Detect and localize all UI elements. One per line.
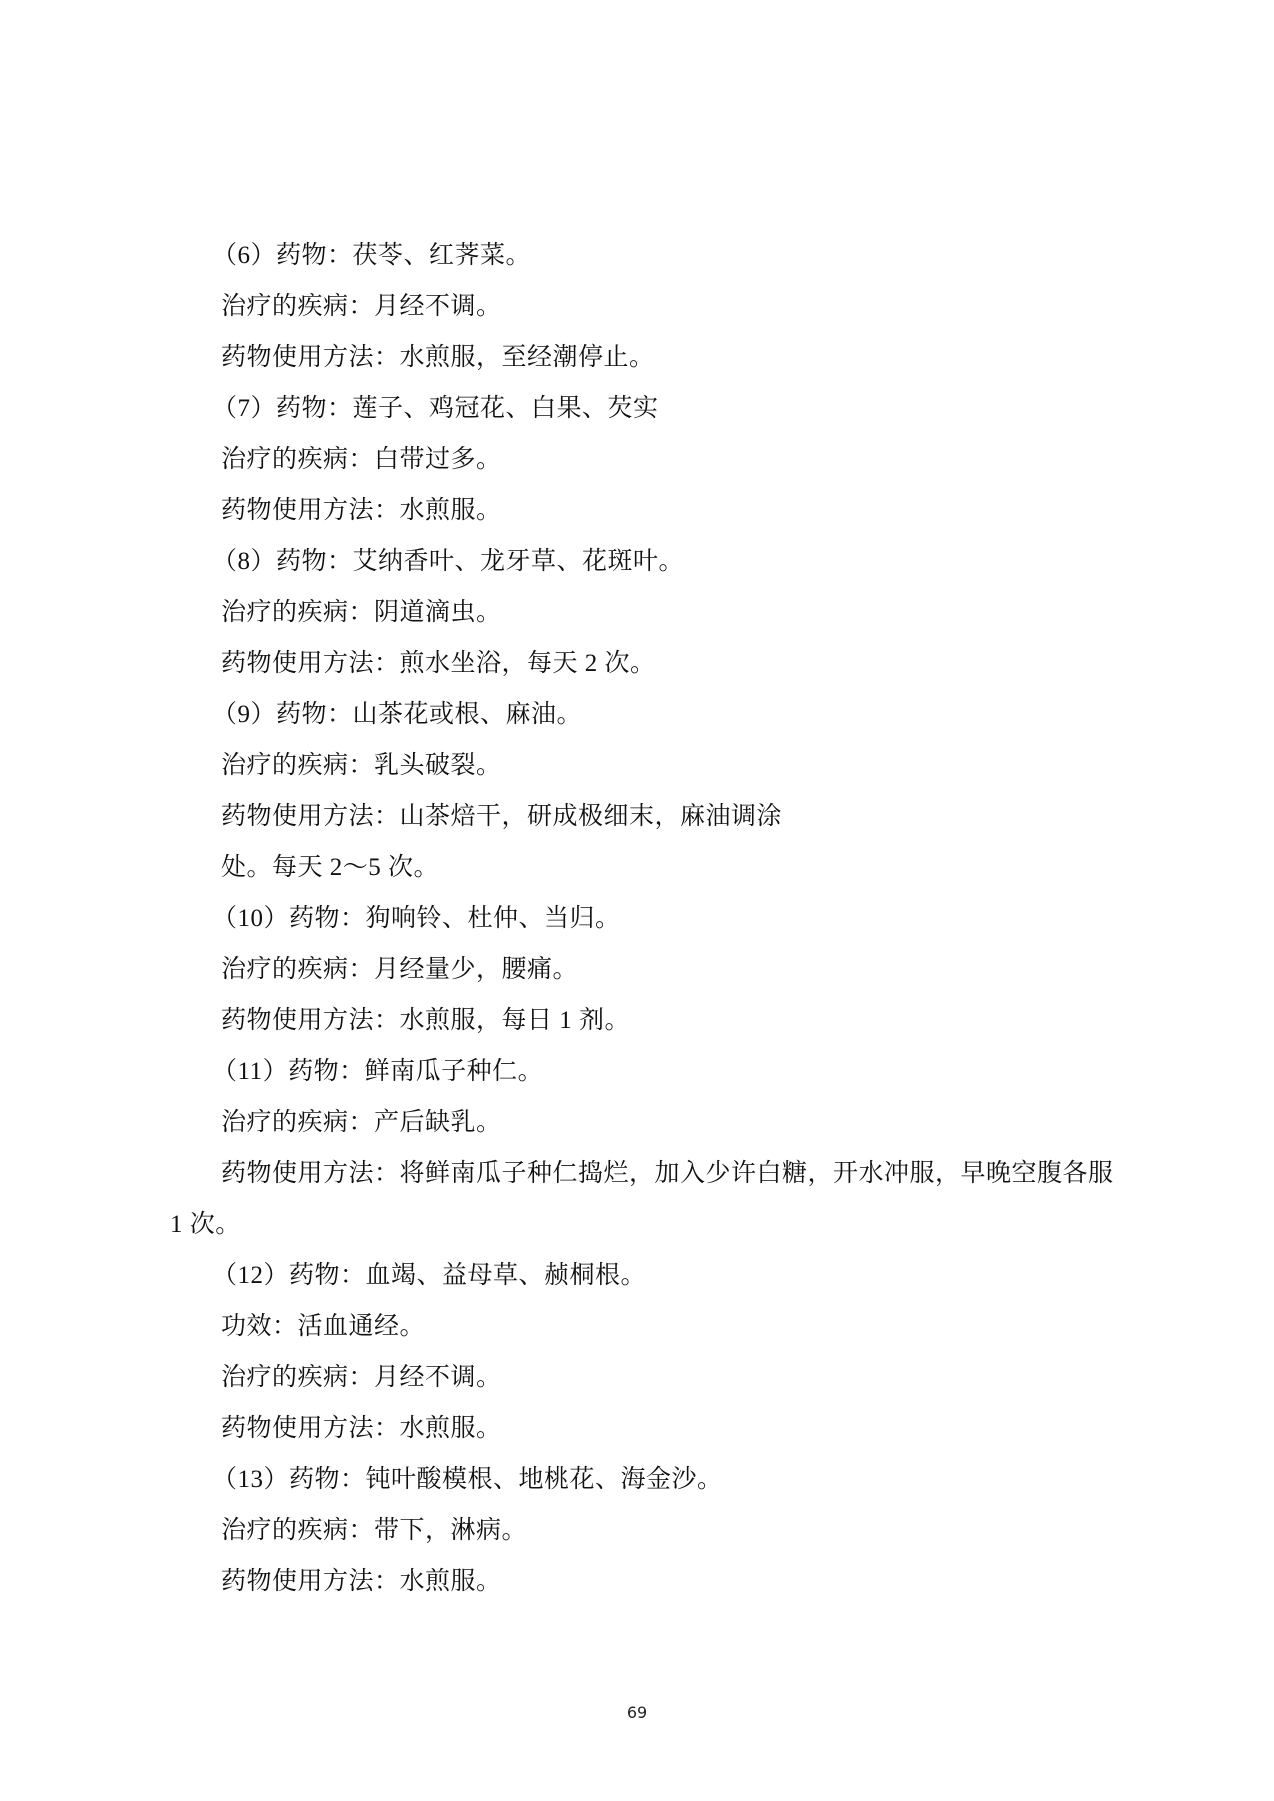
item-11-usage-continued: 1 次。 bbox=[170, 1210, 241, 1240]
item-11-usage: 药物使用方法：将鲜南瓜子种仁捣烂，加入少许白糖，开水冲服，早晚空腹各服 bbox=[221, 1159, 1114, 1189]
item-7-disease: 治疗的疾病：白带过多。 bbox=[221, 445, 502, 475]
item-7-medicines: （7）药物：莲子、鸡冠花、白果、芡实 bbox=[212, 394, 659, 424]
item-11-medicines: （11）药物：鲜南瓜子种仁。 bbox=[212, 1057, 543, 1087]
item-12-efficacy: 功效：活血通经。 bbox=[221, 1312, 425, 1342]
item-9-medicines: （9）药物：山茶花或根、麻油。 bbox=[212, 700, 582, 730]
item-12-medicines: （12）药物：血竭、益母草、赪桐根。 bbox=[212, 1261, 646, 1291]
item-9-usage: 药物使用方法：山茶焙干，研成极细末，麻油调涂 bbox=[221, 802, 782, 832]
item-13-disease: 治疗的疾病：带下，淋病。 bbox=[221, 1516, 527, 1546]
item-12-usage: 药物使用方法：水煎服。 bbox=[221, 1414, 502, 1444]
page-number: 69 bbox=[0, 1703, 1274, 1722]
item-7-usage: 药物使用方法：水煎服。 bbox=[221, 496, 502, 526]
item-13-usage: 药物使用方法：水煎服。 bbox=[221, 1567, 502, 1597]
item-6-usage: 药物使用方法：水煎服，至经潮停止。 bbox=[221, 343, 655, 373]
item-8-disease: 治疗的疾病：阴道滴虫。 bbox=[221, 598, 502, 628]
item-10-disease: 治疗的疾病：月经量少，腰痛。 bbox=[221, 955, 578, 985]
item-9-disease: 治疗的疾病：乳头破裂。 bbox=[221, 751, 502, 781]
item-10-usage: 药物使用方法：水煎服，每日 1 剂。 bbox=[221, 1006, 630, 1036]
document-page: （6）药物：茯苓、红荠菜。 治疗的疾病：月经不调。 药物使用方法：水煎服，至经潮… bbox=[0, 0, 1274, 1801]
item-10-medicines: （10）药物：狗响铃、杜仲、当归。 bbox=[212, 904, 621, 934]
item-9-usage-continued: 处。每天 2～5 次。 bbox=[221, 853, 439, 883]
item-6-medicines: （6）药物：茯苓、红荠菜。 bbox=[212, 241, 531, 271]
item-12-disease: 治疗的疾病：月经不调。 bbox=[221, 1363, 502, 1393]
item-8-medicines: （8）药物：艾纳香叶、龙牙草、花斑叶。 bbox=[212, 547, 684, 577]
item-13-medicines: （13）药物：钝叶酸模根、地桃花、海金沙。 bbox=[212, 1465, 723, 1495]
item-8-usage: 药物使用方法：煎水坐浴，每天 2 次。 bbox=[221, 649, 656, 679]
item-6-disease: 治疗的疾病：月经不调。 bbox=[221, 292, 502, 322]
item-11-disease: 治疗的疾病：产后缺乳。 bbox=[221, 1108, 502, 1138]
